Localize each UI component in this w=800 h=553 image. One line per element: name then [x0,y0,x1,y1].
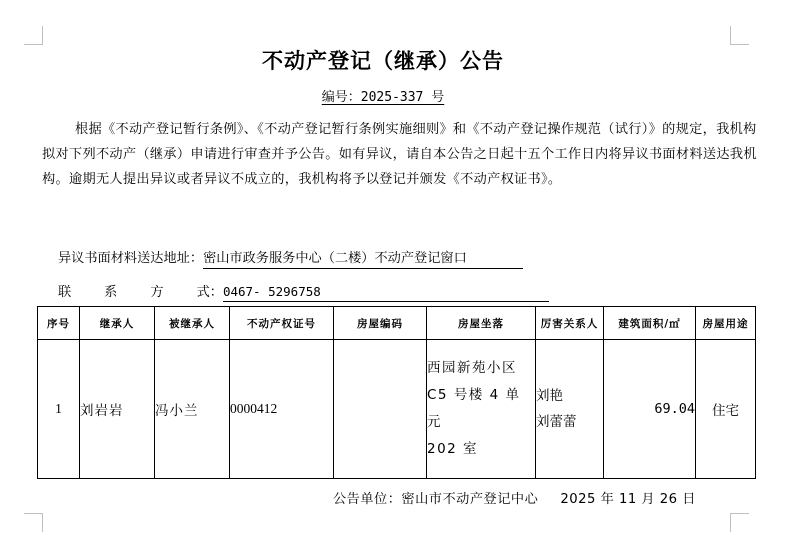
interested-party-1: 刘艳 [536,383,603,409]
contact-row: 联系方式：0467- 5296758 [58,281,549,302]
page-corner-mark-bottom-right [730,513,749,532]
header-property-cert-no: 不动产权证号 [230,307,334,340]
location-line-2: C5 号楼 4 单元 [427,382,535,436]
notice-body-paragraph: 根据《不动产登记暂行条例》、《不动产登记暂行条例实施细则》和《不动产登记操作规范… [42,117,762,192]
notice-body-text: 根据《不动产登记暂行条例》、《不动产登记暂行条例实施细则》和《不动产登记操作规范… [42,122,757,187]
cell-deceased: 冯小兰 [155,340,230,479]
interested-party-2: 刘蕾蕾 [536,409,603,435]
header-house-usage: 房屋用途 [696,307,756,340]
notice-footer: 公告单位：密山市不动产登记中心2025 年 11 月 26 日 [333,488,696,507]
location-line-1: 西园新苑小区 [427,355,535,382]
contact-label: 联系方 [58,285,197,300]
document-number: 编号：2025-337 号 [0,86,766,105]
cell-serial-no: 1 [38,340,80,479]
objection-address-value: 密山市政务服务中心（二楼）不动产登记窗口 [203,251,523,269]
cell-property-cert-no: 0000412 [230,340,334,479]
cell-floor-area: 69.04 [604,340,696,479]
page-corner-mark-bottom-left [24,513,43,532]
header-house-location: 房屋坐落 [427,307,536,340]
cell-house-code [334,340,427,479]
objection-address-row: 异议书面材料送达地址：密山市政务服务中心（二楼）不动产登记窗口 [58,247,523,269]
page-corner-mark-top-left [24,26,43,45]
cell-heir: 刘岩岩 [80,340,155,479]
header-house-code: 房屋编码 [334,307,427,340]
document-number-text: 编号：2025-337 号 [322,90,444,105]
header-deceased: 被继承人 [155,307,230,340]
inheritance-notice-table: 序号 继承人 被继承人 不动产权证号 房屋编码 房屋坐落 厉害关系人 建筑面积/… [37,306,756,479]
header-floor-area: 建筑面积/㎡ [604,307,696,340]
cell-interested-parties: 刘艳 刘蕾蕾 [536,340,604,479]
page-corner-mark-top-right [730,26,749,45]
contact-phone-value: 0467- 5296758 [223,284,549,302]
header-interested-parties: 厉害关系人 [536,307,604,340]
table-row: 1 刘岩岩 冯小兰 0000412 西园新苑小区 C5 号楼 4 单元 202 … [38,340,756,479]
location-line-3: 202 室 [427,436,535,463]
cell-house-usage: 住宅 [696,340,756,479]
header-serial-no: 序号 [38,307,80,340]
objection-address-label: 异议书面材料送达地址： [58,251,203,266]
contact-label-end: 式： [197,285,223,300]
issuing-unit: 公告单位：密山市不动产登记中心 [333,492,538,507]
table-header-row: 序号 继承人 被继承人 不动产权证号 房屋编码 房屋坐落 厉害关系人 建筑面积/… [38,307,756,340]
issue-date: 2025 年 11 月 26 日 [560,492,696,507]
header-heir: 继承人 [80,307,155,340]
cell-house-location: 西园新苑小区 C5 号楼 4 单元 202 室 [427,340,536,479]
document-title: 不动产登记（继承）公告 [0,45,766,75]
